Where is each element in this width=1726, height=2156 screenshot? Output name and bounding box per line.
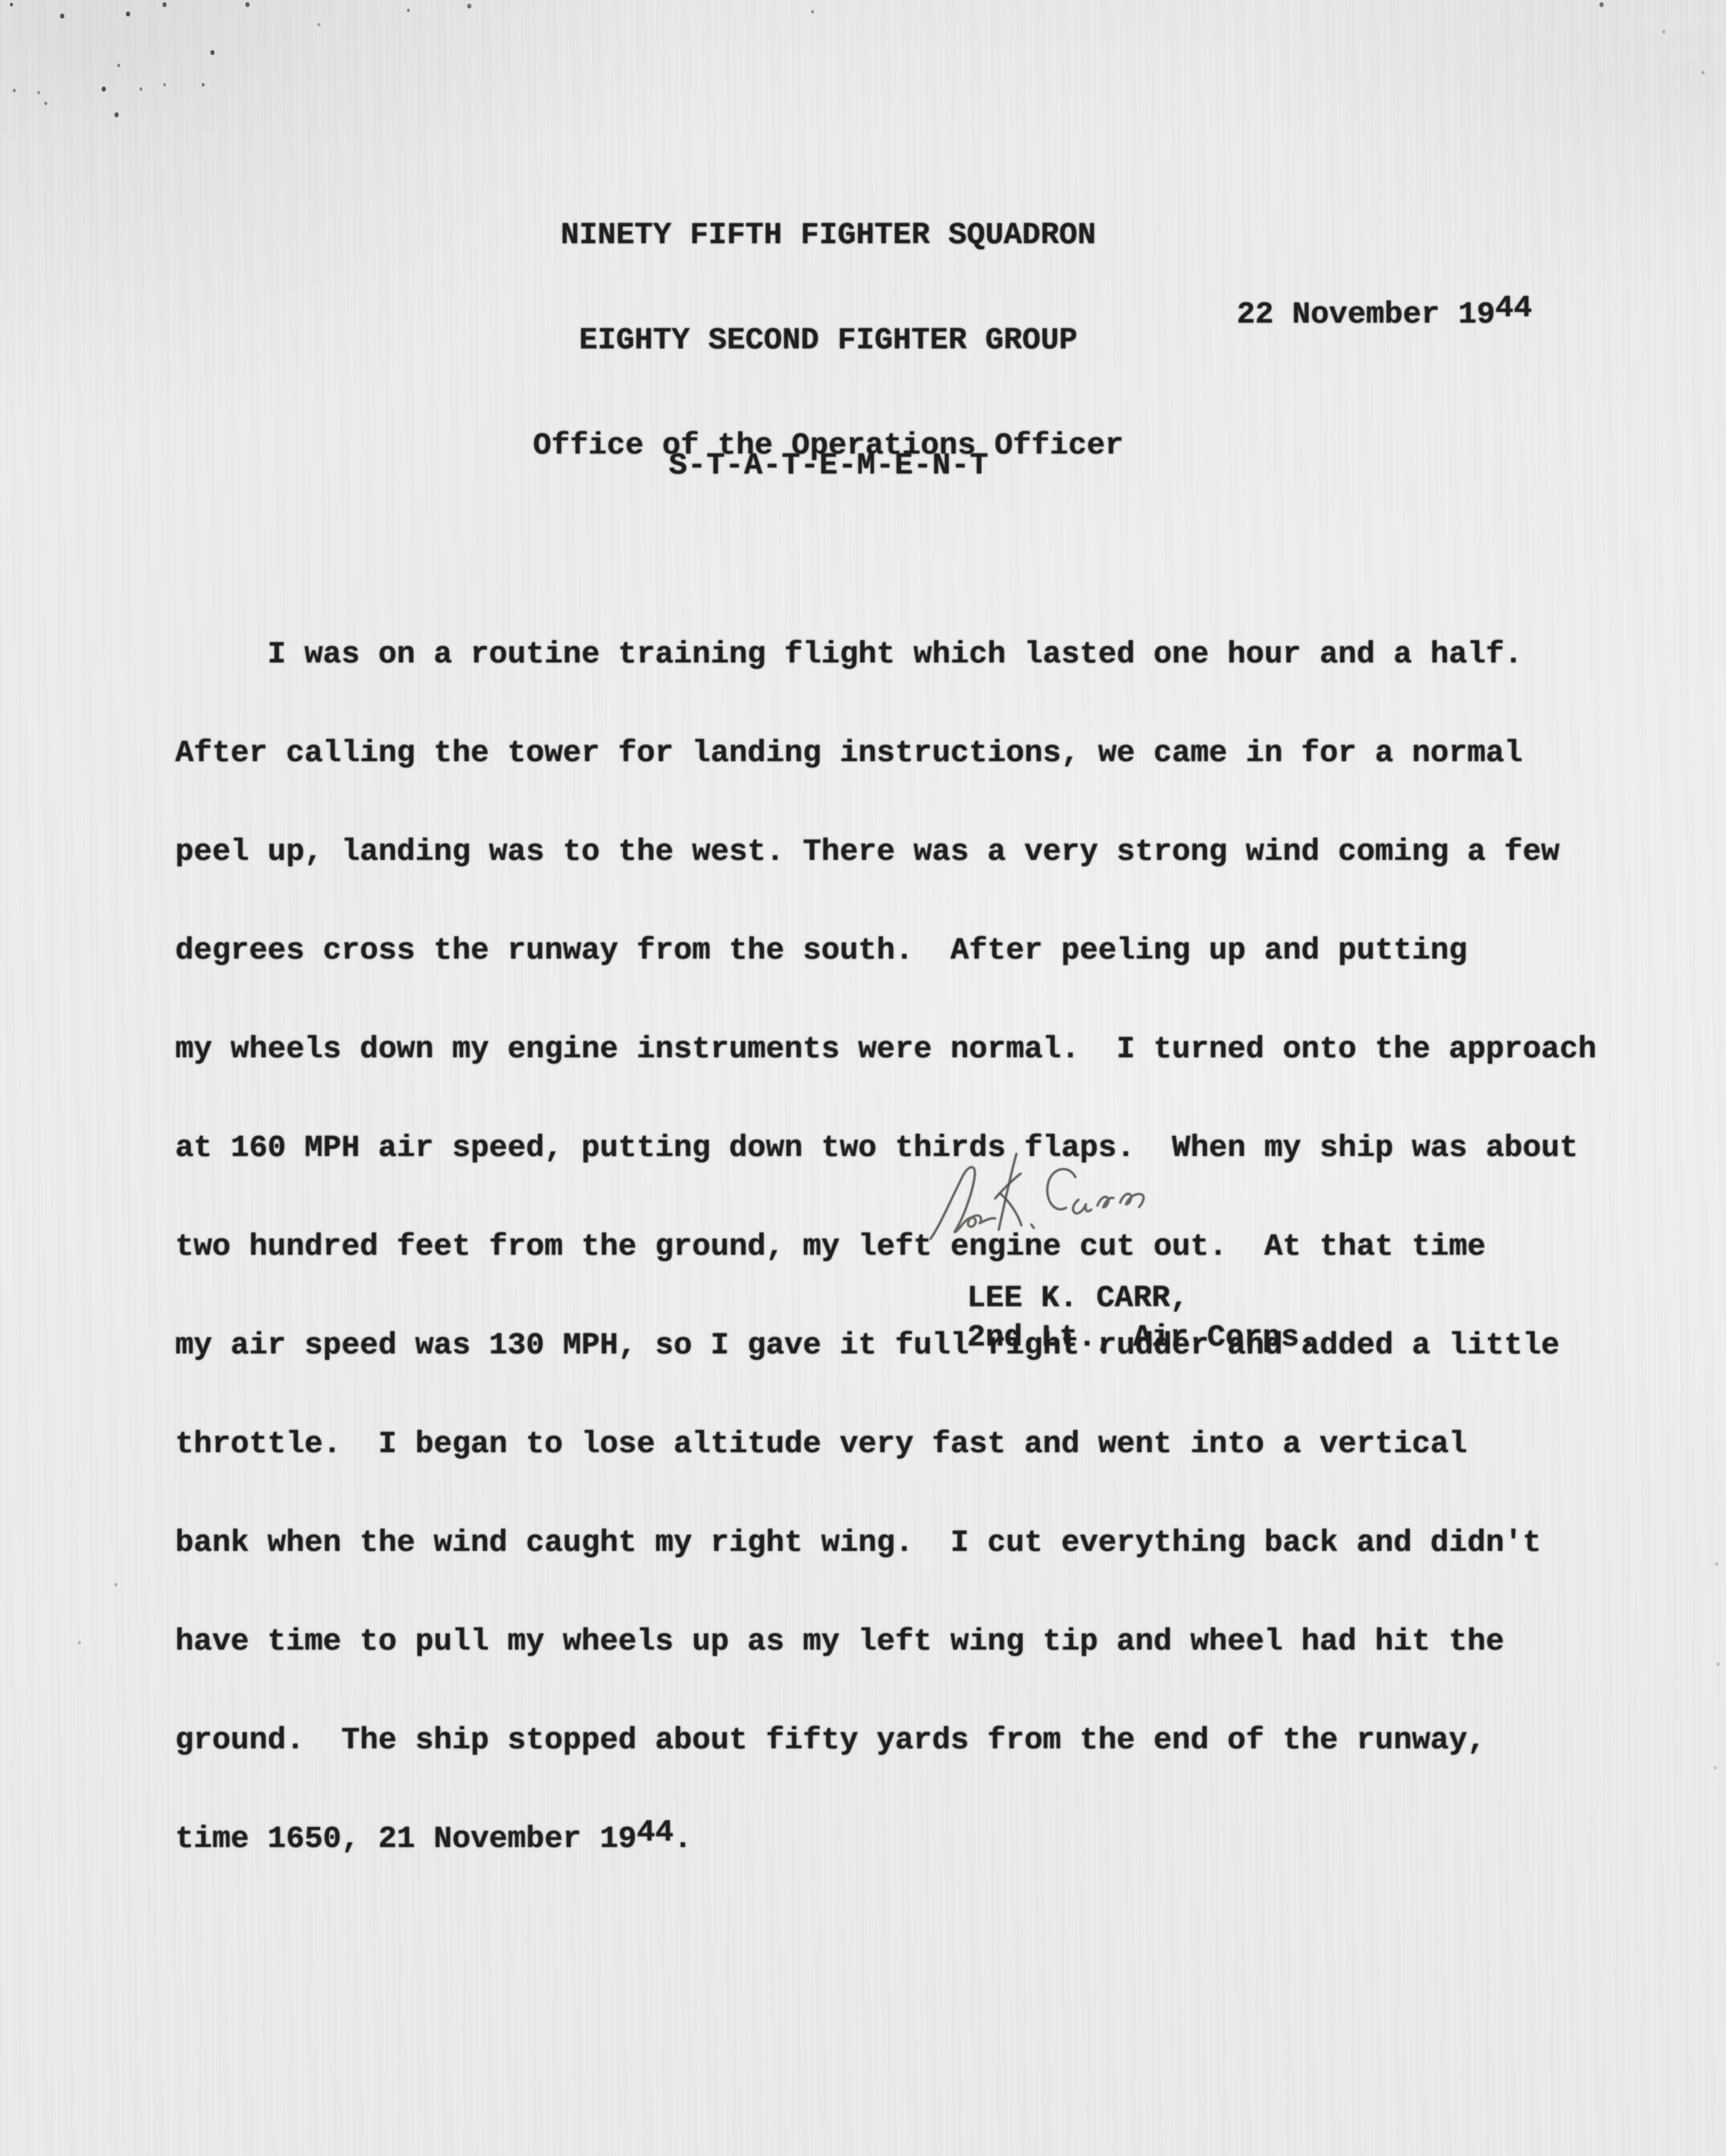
- letterhead-squadron: NINETY FIFTH FIGHTER SQUADRON: [529, 217, 1127, 253]
- closing-period: .: [674, 1821, 692, 1856]
- document-date: 22 November 1944: [1237, 298, 1532, 331]
- statement-body: I was on a routine training flight which…: [175, 572, 1597, 1921]
- statement-line: degrees cross the runway from the south.…: [175, 934, 1597, 967]
- closing-text: time 1650, 21 November 19: [175, 1821, 637, 1856]
- statement-line: have time to pull my wheels up as my lef…: [175, 1625, 1597, 1658]
- statement-line: ground. The ship stopped about fifty yar…: [175, 1724, 1597, 1757]
- letterhead-group: EIGHTY SECOND FIGHTER GROUP: [529, 323, 1127, 358]
- handwritten-signature: [924, 1147, 1176, 1262]
- document-scan: NINETY FIFTH FIGHTER SQUADRON EIGHTY SEC…: [0, 0, 1726, 2156]
- statement-line: After calling the tower for landing inst…: [175, 737, 1597, 770]
- signature-typed-name: LEE K. CARR,: [967, 1282, 1189, 1315]
- statement-line: my wheels down my engine instruments wer…: [175, 1033, 1597, 1066]
- statement-heading: S-T-A-T-E-M-E-N-T: [669, 449, 989, 482]
- closing-raised-digits: 44: [637, 1816, 674, 1849]
- statement-line: at 160 MPH air speed, putting down two t…: [175, 1132, 1597, 1165]
- statement-line: peel up, landing was to the west. There …: [175, 836, 1597, 868]
- date-raised-digits: 44: [1495, 292, 1532, 325]
- date-text: 22 November 19: [1237, 297, 1495, 332]
- statement-line: bank when the wind caught my right wing.…: [175, 1527, 1597, 1559]
- statement-line: my air speed was 130 MPH, so I gave it f…: [175, 1329, 1597, 1362]
- signature-script-icon: [924, 1147, 1176, 1262]
- statement-line: two hundred feet from the ground, my lef…: [175, 1230, 1597, 1263]
- statement-line: I was on a routine training flight which…: [175, 638, 1597, 671]
- statement-closing-line: time 1650, 21 November 1944.: [175, 1823, 1597, 1856]
- scan-specks: [10, 3, 13, 6]
- signature-rank-title: 2nd Lt., Air Corps.: [967, 1321, 1318, 1354]
- statement-line: throttle. I began to lose altitude very …: [175, 1428, 1597, 1461]
